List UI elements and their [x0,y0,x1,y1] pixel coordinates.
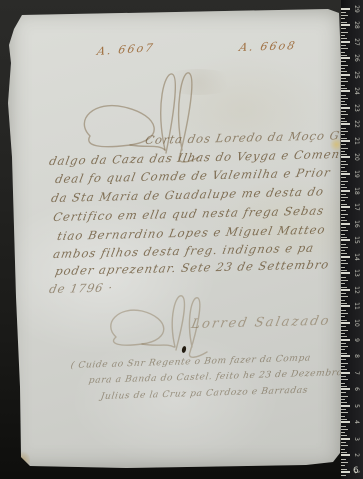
ruler-minor-tick [341,131,348,132]
archival-number-left: A. 66o7 [96,41,156,58]
ruler-major-tick [341,24,350,26]
ruler-minor-tick [341,392,346,393]
ruler-major-tick [341,156,350,158]
manuscript-line: tiao Bernardino Lopes e Miguel Matteo [56,222,327,243]
ruler-minor-tick [341,402,347,403]
ruler-major-tick [341,8,350,10]
ruler-minor-tick [341,151,345,152]
ruler-minor-tick [341,32,348,33]
ruler-minor-tick [341,475,346,476]
ruler-minor-tick [341,336,347,337]
ruler-major-tick [341,256,350,258]
ruler-major-tick [341,289,350,291]
ruler-minor-tick [341,12,346,13]
ruler-minor-tick [341,217,345,218]
marginal-note-line: ( Cuide ao Snr Regente o Bom fazer da Co… [70,354,311,371]
ruler-major-tick [341,272,350,274]
ruler-minor-tick [341,283,345,284]
ruler-major-tick [341,388,350,390]
ruler-minor-tick [341,369,347,370]
ruler-number: 24 [353,86,359,96]
ruler-minor-tick [341,435,347,436]
ruler-minor-tick [341,303,347,304]
ruler-minor-tick [341,310,346,311]
ruler-minor-tick [341,171,347,172]
ruler-minor-tick [341,15,348,16]
ruler-number: 17 [353,202,359,212]
ruler-minor-tick [341,38,347,39]
ruler-major-tick [341,305,350,307]
ruler-minor-tick [341,346,348,347]
ruler-minor-tick [341,270,347,271]
ruler-major-tick [341,74,350,76]
ruler-minor-tick [341,45,346,46]
ruler-minor-tick [341,161,346,162]
ruler-minor-tick [341,442,346,443]
ruler-minor-tick [341,359,346,360]
ruler-minor-tick [341,349,345,350]
ruler-end-label: 6 [353,466,359,476]
ruler-minor-tick [341,118,345,119]
ruler-major-tick [341,90,350,92]
ruler-minor-tick [341,445,348,446]
ruler-minor-tick [341,244,346,245]
ruler-minor-tick [341,353,347,354]
ruler-minor-tick [341,65,348,66]
ruler-minor-tick [341,383,345,384]
ruler-number: 14 [353,252,359,262]
ruler-number: 18 [353,186,359,196]
ruler-minor-tick [341,95,346,96]
ruler-major-tick [341,421,350,423]
ruler-minor-tick [341,184,345,185]
ruler-number: 23 [353,103,359,113]
ruler-minor-tick [341,204,347,205]
ruler-minor-tick [341,220,347,221]
manuscript-line: Corta dos Loredo da Moço Gra [144,128,356,147]
ruler-minor-tick [341,326,346,327]
ruler-minor-tick [341,210,346,211]
ruler-major-tick [341,372,350,374]
ruler-minor-tick [341,227,346,228]
ruler-number: 7 [353,368,359,378]
ruler-number: 12 [353,285,359,295]
ruler-minor-tick [341,465,345,466]
ruler-minor-tick [341,167,345,168]
ruler-number: 8 [353,351,359,361]
ink-blot [181,346,187,354]
ruler-minor-tick [341,98,348,99]
ruler-minor-tick [341,343,346,344]
ruler-minor-tick [341,214,348,215]
ruler-minor-tick [341,253,347,254]
ruler-minor-tick [341,187,347,188]
ruler-minor-tick [341,412,348,413]
manuscript-line: da Sta Maria de Guadalupe me desta do [50,184,325,205]
ruler-minor-tick [341,366,345,367]
measurement-scale-ruler: 2928272625242322212019181716151413121110… [341,0,363,479]
ruler-number: 3 [353,434,359,444]
ruler-minor-tick [341,101,345,102]
ruler-minor-tick [341,280,348,281]
ruler-minor-tick [341,111,346,112]
ruler-minor-tick [341,426,346,427]
ruler-minor-tick [341,296,348,297]
ruler-minor-tick [341,376,346,377]
ruler-number: 20 [353,152,359,162]
signature-text: Lorred Salazado [190,314,332,332]
ruler-minor-tick [341,144,346,145]
ruler-minor-tick [341,78,346,79]
ruler-number: 21 [353,136,359,146]
ruler-minor-tick [341,459,346,460]
ruler-minor-tick [341,316,345,317]
ruler-minor-tick [341,230,348,231]
ruler-minor-tick [341,237,347,238]
ruler-minor-tick [341,154,347,155]
ruler-minor-tick [341,104,347,105]
paper-stain-faint [158,69,238,95]
ruler-minor-tick [341,399,345,400]
ruler-minor-tick [341,81,348,82]
ruler-major-tick [341,140,350,142]
ruler-minor-tick [341,396,348,397]
ruler-minor-tick [341,379,348,380]
ruler-minor-tick [341,287,347,288]
marginal-note-line: Julius de la Cruz pa Cardozo e Barradas [100,386,309,402]
ruler-minor-tick [341,197,348,198]
ruler-minor-tick [341,22,347,23]
ruler-major-tick [341,339,350,341]
ruler-number: 9 [353,335,359,345]
ruler-major-tick [341,57,350,59]
ruler-minor-tick [341,247,348,248]
ruler-number: 29 [353,4,359,14]
ruler-number: 19 [353,169,359,179]
ruler-major-tick [341,173,350,175]
ruler-major-tick [341,123,350,125]
ruler-minor-tick [341,419,347,420]
ruler-number: 15 [353,235,359,245]
archival-number-right: A. 66o8 [238,39,298,54]
ruler-minor-tick [341,181,348,182]
ruler-number: 2 [353,450,359,460]
ruler-minor-tick [341,452,347,453]
ruler-number: 25 [353,70,359,80]
ruler-number: 5 [353,401,359,411]
ruler-minor-tick [341,164,348,165]
ruler-number: 22 [353,119,359,129]
ruler-minor-tick [341,121,347,122]
ruler-minor-tick [341,449,345,450]
ruler-minor-tick [341,416,345,417]
ruler-minor-tick [341,48,348,49]
manuscript-paper: A. 66o7 A. 66o8 Corta dos Loredo da Moço… [8,9,342,469]
ruler-minor-tick [341,469,347,470]
ruler-major-tick [341,322,350,324]
manuscript-line: poder aprezentar. Sete 23 de Settembro [54,257,331,278]
ruler-minor-tick [341,200,345,201]
ruler-minor-tick [341,267,345,268]
ruler-minor-tick [341,260,346,261]
ruler-minor-tick [341,35,345,36]
ruler-major-tick [341,239,350,241]
ruler-major-tick [341,107,350,109]
ruler-minor-tick [341,177,346,178]
ruler-minor-tick [341,293,346,294]
ruler-minor-tick [341,28,346,29]
ruler-minor-tick [341,61,346,62]
ruler-number: 26 [353,53,359,63]
ruler-number: 6 [353,384,359,394]
ruler-major-tick [341,190,350,192]
ruler-minor-tick [341,85,345,86]
ruler-major-tick [341,355,350,357]
ruler-minor-tick [341,68,345,69]
ruler-minor-tick [341,429,348,430]
ruler-minor-tick [341,114,348,115]
ruler-minor-tick [341,88,347,89]
ruler-minor-tick [341,432,345,433]
manuscript-line: dalgo da Caza das Ilhas do Veyga e Comen [48,147,341,168]
ruler-minor-tick [341,320,347,321]
ruler-major-tick [341,223,350,225]
ruler-minor-tick [341,263,348,264]
ruler-minor-tick [341,71,347,72]
manuscript-line: de 1796 · [48,280,114,296]
ruler-minor-tick [341,134,345,135]
ruler-minor-tick [341,128,346,129]
ruler-major-tick [341,41,350,43]
ruler-number: 11 [353,301,359,311]
ruler-minor-tick [341,138,347,139]
ruler-number: 28 [353,20,359,30]
ruler-minor-tick [341,277,346,278]
ruler-major-tick [341,471,350,473]
ruler-minor-tick [341,250,345,251]
ruler-major-tick [341,438,350,440]
ruler-minor-tick [341,194,346,195]
photo-background: A. 66o7 A. 66o8 Corta dos Loredo da Moço… [0,0,363,479]
ruler-minor-tick [341,300,345,301]
ruler-number: 27 [353,37,359,47]
ruler-minor-tick [341,333,345,334]
ruler-minor-tick [341,234,345,235]
ruler-minor-tick [341,363,348,364]
ruler-minor-tick [341,55,347,56]
ruler-major-tick [341,405,350,407]
ruler-minor-tick [341,52,345,53]
ruler-number: 4 [353,417,359,427]
ruler-minor-tick [341,330,348,331]
ruler-minor-tick [341,148,348,149]
ruler-major-tick [341,454,350,456]
ruler-major-tick [341,206,350,208]
manuscript-line: Certifico em ella qud nesta frega Sebas [52,203,326,224]
ruler-number: 13 [353,268,359,278]
marginal-note-line: para a Banda do Castel. feito he 23 de D… [88,367,363,386]
ruler-number: 10 [353,318,359,328]
paper-stain-corner [14,450,30,471]
ruler-minor-tick [341,18,345,19]
ruler-number: 16 [353,219,359,229]
ruler-minor-tick [341,409,346,410]
manuscript-line: deal fo qual Comde de Valemilha e Prior [54,165,332,186]
ruler-minor-tick [341,462,348,463]
ruler-minor-tick [341,386,347,387]
ruler-minor-tick [341,313,348,314]
